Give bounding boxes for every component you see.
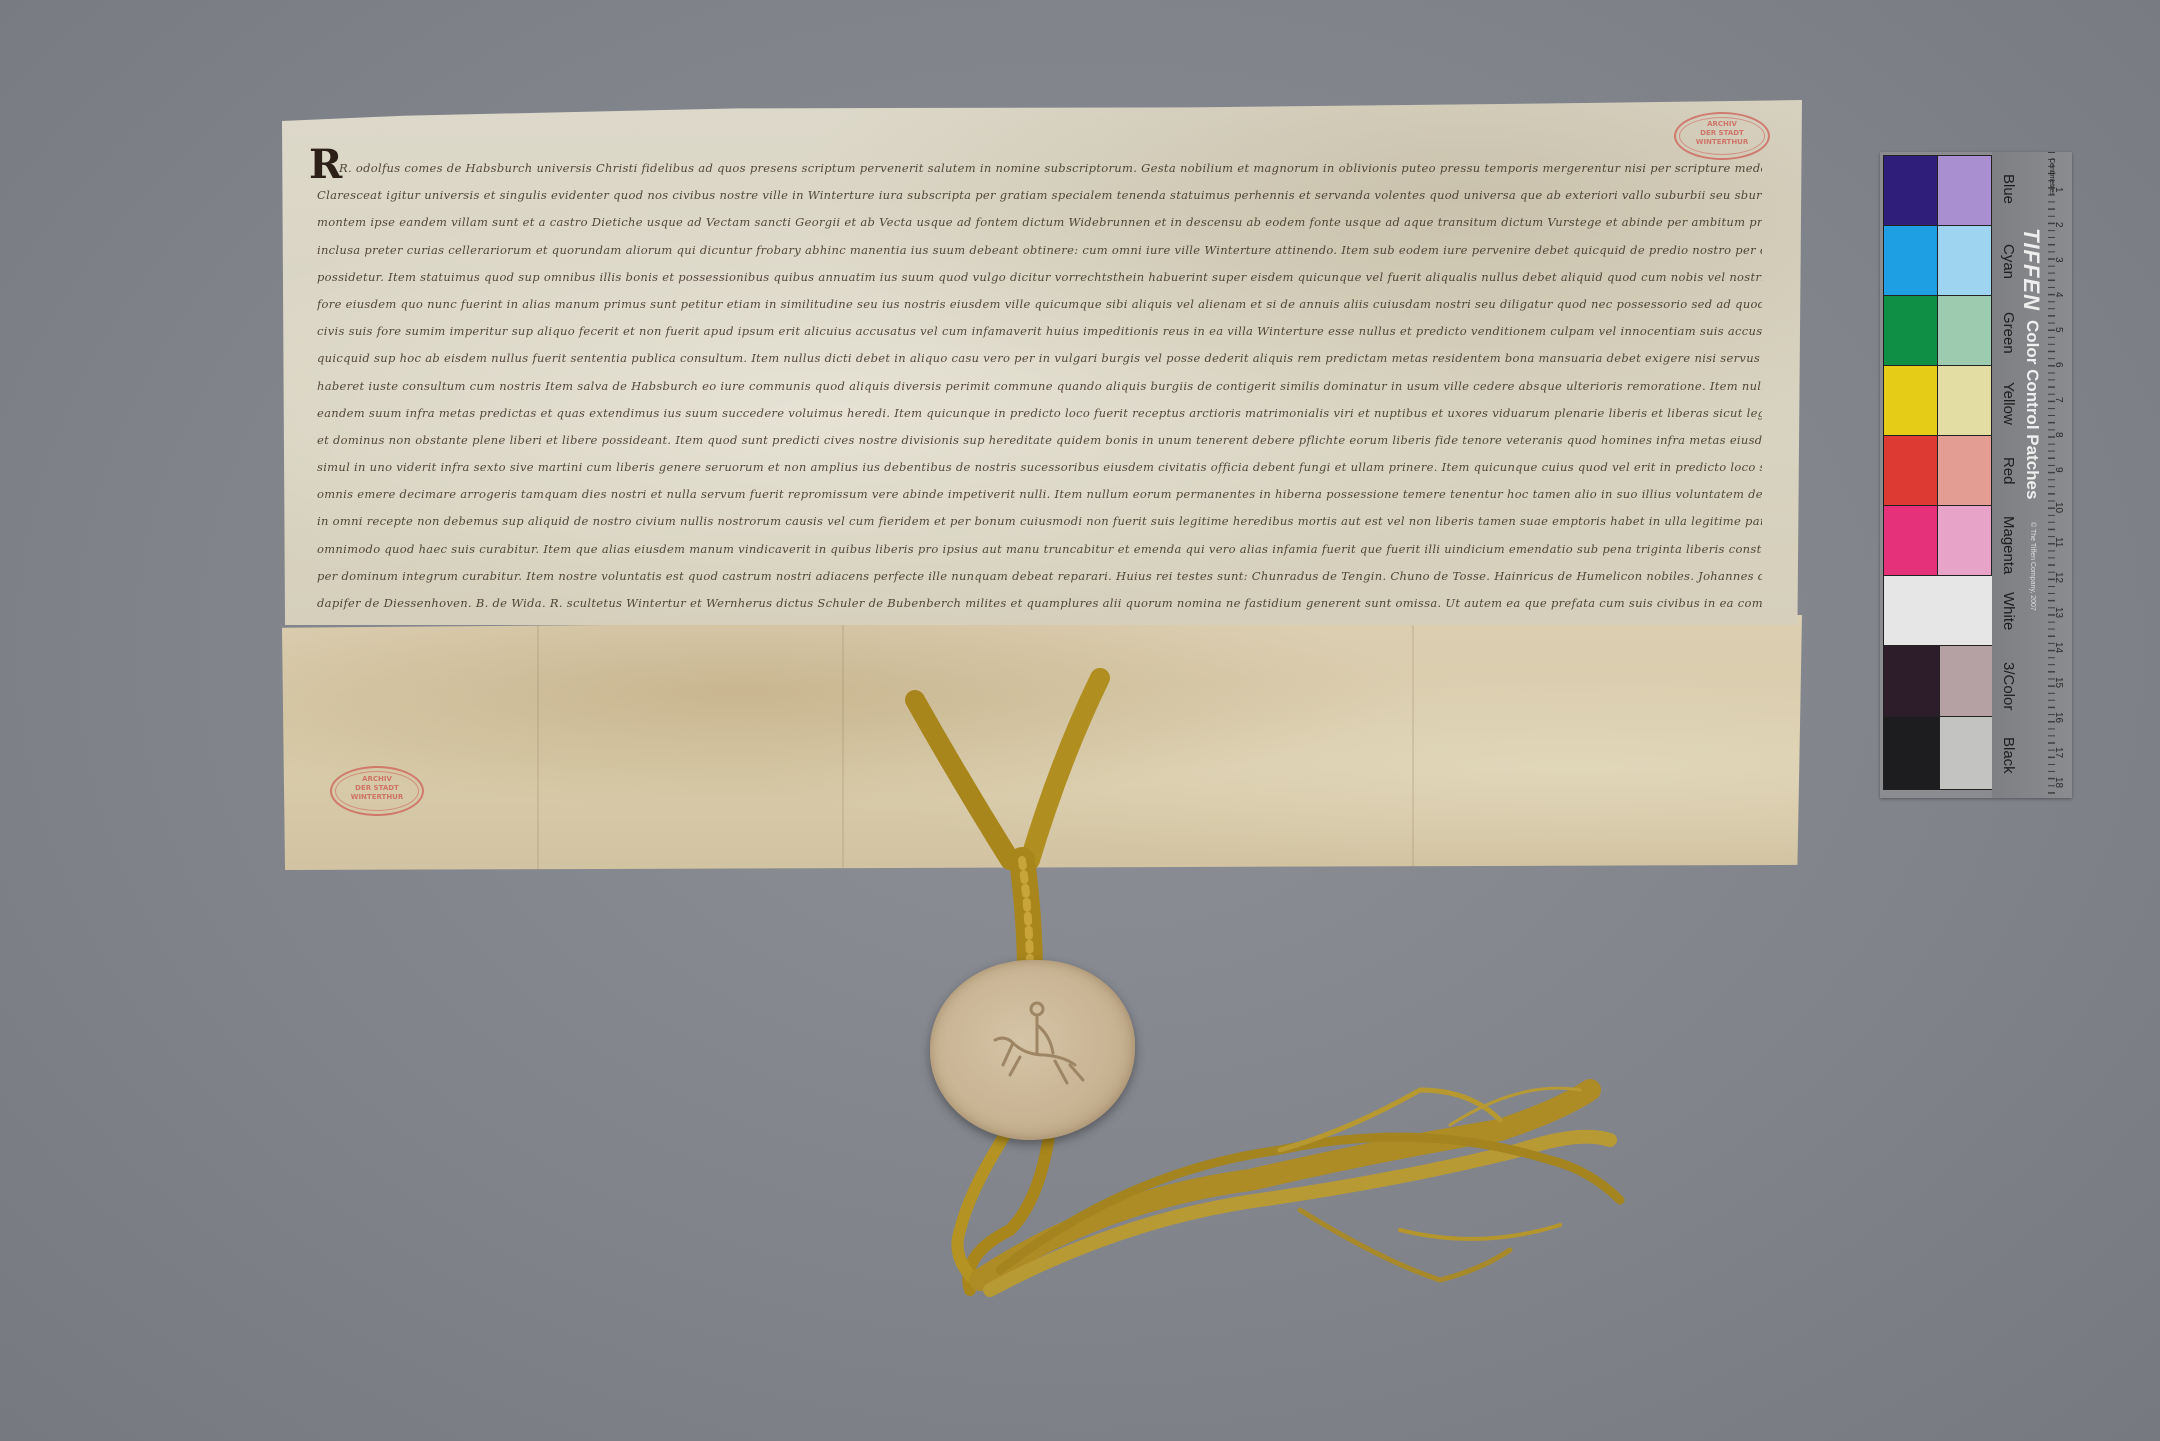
ruler-tick-cm: 2 [2053, 222, 2064, 228]
patch-magenta-dark [1883, 505, 1938, 576]
ruler-scale [2048, 152, 2072, 798]
ruler-tick-cm: 18 [2053, 777, 2064, 788]
label-cyan: Cyan [2000, 244, 2017, 279]
patch-black-light [1939, 716, 1994, 790]
text-line: omnis emere decimare arrogeris tamquam d… [317, 481, 1762, 508]
parchment-fold-plica: 5 [282, 615, 1802, 870]
label-red: Red [2000, 457, 2017, 485]
wax-seal [930, 960, 1135, 1140]
patch-yellow-dark [1883, 365, 1938, 436]
folio-number: 5 [640, 873, 649, 889]
fold-crease [1412, 615, 1414, 870]
text-line: Claresceat igitur universis et singulis … [317, 182, 1762, 209]
archive-stamp-top-right: ARCHIV DER STADT WINTERTHUR [1674, 112, 1770, 160]
ruler-tick-cm: 17 [2053, 747, 2064, 758]
text-line: haberet iuste consultum cum nostris Item… [317, 373, 1762, 400]
ruler-tick-cm: 8 [2053, 432, 2064, 438]
fold-crease [537, 615, 539, 870]
text-line: dapifer de Diessenhoven. B. de Wida. R. … [317, 590, 1762, 617]
text-line: fore eiusdem quo nunc fuerint in alias m… [317, 291, 1762, 318]
ruler-tick-cm: 14 [2053, 642, 2064, 653]
ruler-tick-cm: 6 [2053, 362, 2064, 368]
charter-text: R R. odolfus comes de Habsburch universi… [317, 155, 1762, 644]
patch-white [1883, 575, 1993, 646]
label-yellow: Yellow [2000, 382, 2017, 425]
ruler-tick-cm: 9 [2053, 467, 2064, 473]
label-magenta: Magenta [2000, 516, 2017, 574]
patch-3color-light [1939, 645, 1994, 717]
text-line: simul in uno viderit infra sexto sive ma… [317, 454, 1762, 481]
patch-red-light [1937, 435, 1992, 506]
ruler-tick-cm: 13 [2053, 607, 2064, 618]
text-line: eandem suum infra metas predictas et qua… [317, 400, 1762, 427]
color-control-strip: Blue Cyan Green Yellow Red Magenta White… [1880, 152, 2072, 798]
patch-blue-dark [1883, 155, 1938, 226]
patch-3color-dark [1883, 645, 1940, 717]
patch-cyan-dark [1883, 225, 1938, 296]
ruler-tick-cm: 3 [2053, 257, 2064, 263]
patch-red-dark [1883, 435, 1938, 506]
fold-crease [842, 615, 844, 870]
stamp-line: WINTERTHUR [332, 793, 422, 802]
text-line: inclusa preter curias cellerariorum et q… [317, 237, 1762, 264]
ruler-tick-cm: 12 [2053, 572, 2064, 583]
ruler-tick-cm: 15 [2053, 677, 2064, 688]
label-black: Black [2000, 737, 2017, 774]
patch-black-dark [1883, 716, 1940, 790]
tiffen-logo: TIFFEN [2018, 228, 2044, 311]
ruler-tick-cm: 7 [2053, 397, 2064, 403]
stamp-line: DER STADT [1676, 129, 1768, 138]
label-green: Green [2000, 312, 2017, 354]
patch-cyan-light [1937, 225, 1992, 296]
text-line: possidetur. Item statuimus quod sup omni… [317, 264, 1762, 291]
strip-copyright: © The Tiffen Company, 2007 [2029, 522, 2036, 611]
archive-stamp-bottom-left: ARCHIV DER STADT WINTERTHUR [330, 766, 424, 816]
stamp-line: ARCHIV [1676, 120, 1768, 129]
text-line: et dominus non obstante plene liberi et … [317, 427, 1762, 454]
patch-magenta-light [1937, 505, 1992, 576]
ruler-tick-cm: 16 [2053, 712, 2064, 723]
text-line: omnimodo quod haec suis curabitur. Item … [317, 536, 1762, 563]
text-line: quicquid sup hoc ab eisdem nullus fuerit… [317, 345, 1762, 372]
ruler-tick-cm: 11 [2053, 537, 2064, 547]
ruler-tick-cm: 5 [2053, 327, 2064, 333]
text-line: R. odolfus comes de Habsburch universis … [317, 155, 1762, 182]
patch-yellow-light [1937, 365, 1992, 436]
patch-blue-light [1937, 155, 1992, 226]
text-line: montem ipse eandem villam sunt et a cast… [317, 209, 1762, 236]
text-line: civis suis fore sumim imperitur sup aliq… [317, 318, 1762, 345]
patch-green-light [1937, 295, 1992, 366]
label-white: White [2000, 592, 2017, 630]
stamp-line: ARCHIV [332, 775, 422, 784]
strip-title: Color Control Patches [2022, 320, 2042, 499]
text-line: per dominum integrum curabitur. Item nos… [317, 563, 1762, 590]
parchment-text-area: R R. odolfus comes de Habsburch universi… [282, 100, 1802, 625]
stamp-line: WINTERTHUR [1676, 138, 1768, 147]
text-line: in omni recepte non debemus sup aliquid … [317, 508, 1762, 535]
stamp-line: DER STADT [332, 784, 422, 793]
label-3color: 3/Color [2000, 662, 2017, 710]
equestrian-figure-icon [975, 995, 1095, 1105]
charter-document: 5 R R. odolfus comes de Habsburch univer… [282, 100, 1802, 870]
ruler-tick-cm: 4 [2053, 292, 2064, 298]
label-blue: Blue [2000, 174, 2017, 204]
ruler-tick-cm: 1 [2053, 187, 2064, 193]
patch-green-dark [1883, 295, 1938, 366]
ruler-tick-cm: 10 [2053, 502, 2064, 513]
